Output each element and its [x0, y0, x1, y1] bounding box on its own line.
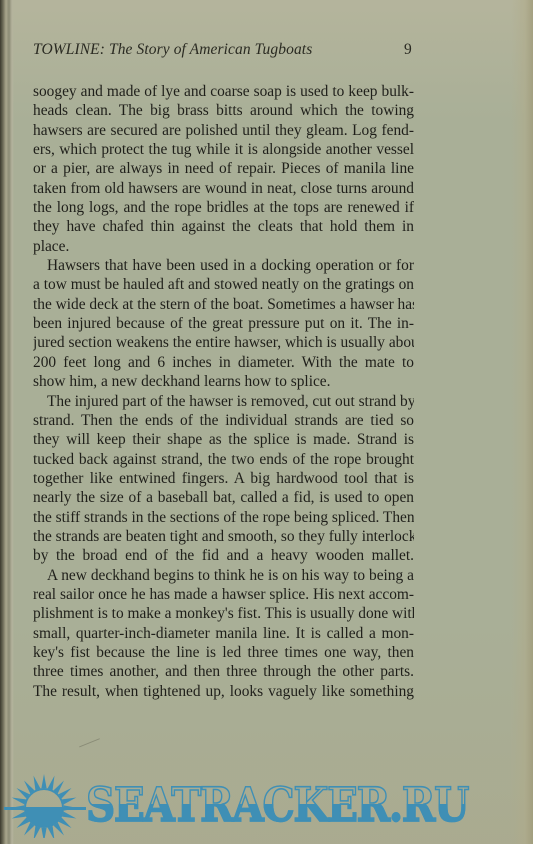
text-line: A new deckhand begins to think he is on …	[33, 566, 414, 585]
watermark: SEATRACKER.RU	[4, 772, 524, 838]
text-line: ers, which protect the tug while it is a…	[33, 140, 414, 159]
text-line: strand. Then the ends of the individual …	[33, 411, 414, 430]
book-page: TOWLINE: The Story of American Tugboats …	[0, 0, 533, 844]
text-line: or a pier, are always in need of repair.…	[33, 159, 414, 178]
text-line: the long logs, and the rope bridles at t…	[33, 198, 414, 217]
text-line: heads clean. The big brass bitts around …	[33, 101, 414, 120]
text-line: the strands are beaten tight and smooth,…	[33, 527, 414, 546]
text-line: a tow must be hauled aft and stowed neat…	[33, 275, 414, 294]
page-number: 9	[404, 41, 412, 59]
text-line: place.	[33, 237, 414, 256]
text-line: 200 feet long and 6 inches in diameter. …	[33, 353, 414, 372]
running-head-title: TOWLINE: The Story of American Tugboats	[33, 41, 312, 59]
text-line: Hawsers that have been used in a docking…	[33, 256, 414, 275]
text-line: the wide deck at the stern of the boat. …	[33, 295, 414, 314]
text-line: three times another, and then three thro…	[33, 662, 414, 681]
text-line: by the broad end of the fid and a heavy …	[33, 546, 414, 565]
text-line: been injured because of the great pressu…	[33, 314, 414, 333]
sun-over-sea-icon	[4, 772, 86, 838]
text-line: they will keep their shape as the splice…	[33, 430, 414, 449]
body-text: soogey and made of lye and coarse soap i…	[33, 82, 414, 701]
text-line: tucked back against strand, the two ends…	[33, 450, 414, 469]
scan-smudge	[79, 738, 103, 755]
text-line: jured section weakens the entire hawser,…	[33, 333, 414, 352]
text-line: taken from old hawsers are wound in neat…	[33, 179, 414, 198]
text-line: real sailor once he has made a hawser sp…	[33, 585, 414, 604]
text-line: small, quarter-inch-diameter manila line…	[33, 624, 414, 643]
text-line: plishment is to make a monkey's fist. Th…	[33, 604, 414, 623]
text-line: The injured part of the hawser is remove…	[33, 392, 414, 411]
text-line: the stiff strands in the sections of the…	[33, 508, 414, 527]
running-head: TOWLINE: The Story of American Tugboats …	[33, 41, 414, 61]
text-line: they have chafed thin against the cleats…	[33, 217, 414, 236]
text-line: show him, a new deckhand learns how to s…	[33, 372, 414, 391]
text-line: The result, when tightened up, looks vag…	[33, 682, 414, 701]
text-line: soogey and made of lye and coarse soap i…	[33, 82, 414, 101]
page-binding-edge	[0, 0, 14, 844]
watermark-text: SEATRACKER.RU	[86, 780, 468, 832]
text-line: together like entwined fingers. A big ha…	[33, 469, 414, 488]
text-line: key's fist because the line is led three…	[33, 643, 414, 662]
page-right-edge	[511, 0, 533, 844]
text-line: hawsers are secured are polished until t…	[33, 121, 414, 140]
text-line: nearly the size of a baseball bat, calle…	[33, 488, 414, 507]
